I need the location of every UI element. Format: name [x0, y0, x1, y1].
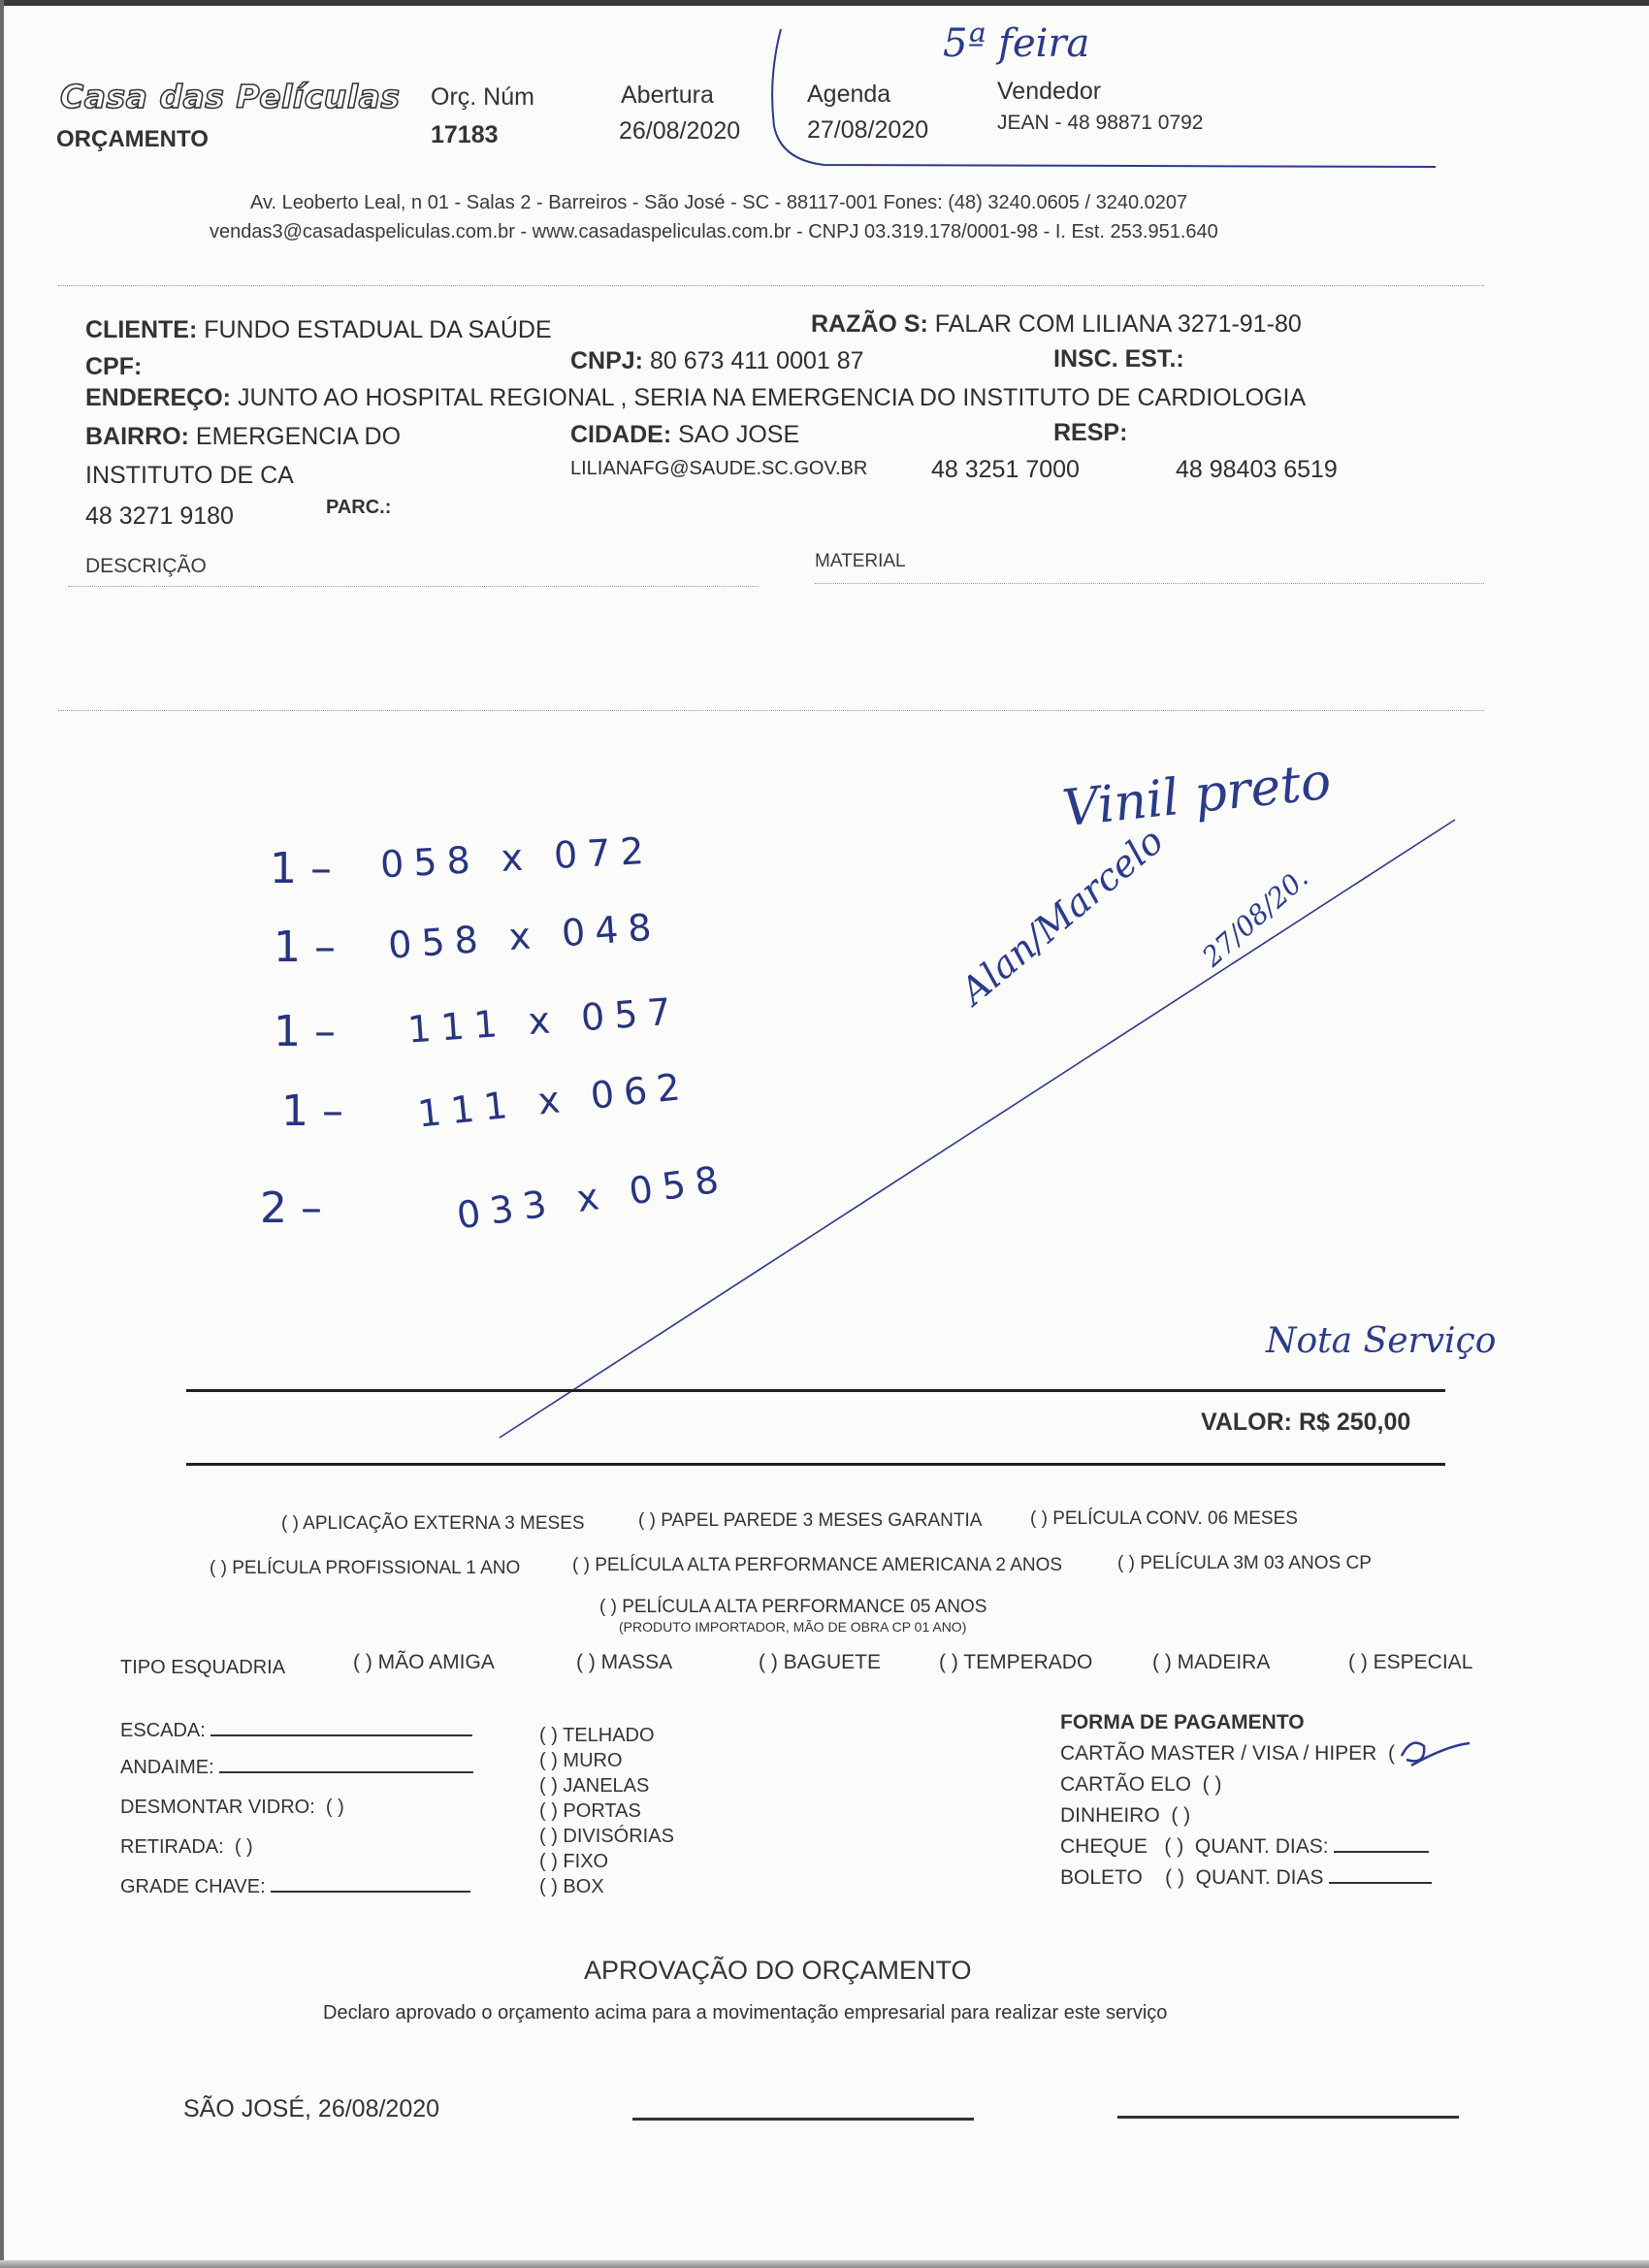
- endereco-field: ENDEREÇO: JUNTO AO HOSPITAL REGIONAL , S…: [85, 384, 1306, 412]
- warranty-option[interactable]: ( ) APLICAÇÃO EXTERNA 3 MESES: [281, 1513, 585, 1535]
- location-option[interactable]: ( ) JANELAS: [539, 1773, 674, 1798]
- client-email: LILIANAFG@SAUDE.SC.GOV.BR: [570, 458, 867, 480]
- company-signature-line[interactable]: [1117, 2116, 1459, 2119]
- doc-type: ORÇAMENTO: [56, 126, 209, 153]
- handwritten-item-qty: 1 –: [274, 1007, 336, 1056]
- handwritten-weekday: 5ª feira: [943, 21, 1089, 66]
- company-address: Av. Leoberto Leal, n 01 - Salas 2 - Barr…: [250, 192, 1187, 214]
- divider: [58, 710, 1484, 711]
- warranty-option[interactable]: ( ) PELÍCULA 3M 03 ANOS CP: [1117, 1553, 1372, 1574]
- boleto-dias-input[interactable]: [1329, 1882, 1432, 1884]
- company-contact: vendas3@casadaspeliculas.com.br - www.ca…: [210, 221, 1218, 243]
- parc-field: PARC.:: [326, 497, 391, 519]
- orc-num: 17183: [431, 121, 499, 149]
- scan-edge-top: [0, 0, 1649, 6]
- material-label: MATERIAL: [815, 551, 906, 572]
- razao-field: RAZÃO S: FALAR COM LILIANA 3271-91-80: [811, 310, 1302, 339]
- cliente-value: FUNDO ESTADUAL DA SAÚDE: [204, 316, 551, 343]
- esquadria-option[interactable]: ( ) MADEIRA: [1152, 1651, 1270, 1674]
- cliente-field: CLIENTE: FUNDO ESTADUAL DA SAÚDE: [85, 316, 552, 344]
- handwritten-item-qty: 2 –: [260, 1183, 322, 1233]
- location-option[interactable]: ( ) MURO: [539, 1748, 674, 1773]
- handwritten-item-size: 111 x 062: [415, 1064, 692, 1135]
- agenda-date: 27/08/2020: [807, 116, 928, 145]
- escada-field: ESCADA:: [120, 1720, 472, 1742]
- client-signature-line[interactable]: [632, 2118, 974, 2121]
- payment-section: FORMA DE PAGAMENTO CARTÃO MASTER / VISA …: [1060, 1707, 1432, 1894]
- handwritten-signature-date: 27/08/20.: [1196, 861, 1314, 973]
- vendedor-value: JEAN - 48 98871 0792: [997, 112, 1203, 135]
- desmontar-checkbox[interactable]: ( ): [326, 1797, 344, 1818]
- warranty-option[interactable]: ( ) PELÍCULA CONV. 06 MESES: [1030, 1508, 1298, 1530]
- warranty-option[interactable]: ( ) PELÍCULA ALTA PERFORMANCE 05 ANOS: [599, 1597, 986, 1618]
- retirada-checkbox[interactable]: ( ): [235, 1836, 253, 1858]
- payment-cheque[interactable]: CHEQUE ( ) QUANT. DIAS:: [1060, 1831, 1432, 1863]
- handwritten-item-qty: 1 –: [270, 844, 332, 893]
- client-phone-2: 48 98403 6519: [1176, 456, 1338, 484]
- payment-elo[interactable]: CARTÃO ELO ( ): [1060, 1769, 1432, 1800]
- cidade-value: SAO JOSE: [678, 421, 799, 448]
- escada-input[interactable]: [210, 1734, 472, 1736]
- handwritten-item-size: 033 x 058: [454, 1157, 730, 1238]
- agenda-label: Agenda: [807, 81, 890, 109]
- location-option[interactable]: ( ) DIVISÓRIAS: [539, 1824, 674, 1849]
- divider: [58, 285, 1484, 286]
- cpf-field: CPF:: [85, 353, 142, 381]
- handwritten-item-size: 058 x 072: [379, 829, 655, 887]
- handwritten-item-size: 058 x 048: [387, 905, 663, 967]
- valor-top-line: [186, 1389, 1445, 1392]
- vendedor-label: Vendedor: [997, 78, 1101, 106]
- bairro-value-line2: INSTITUTO DE CA: [85, 462, 294, 490]
- company-logo: Casa das Películas: [60, 78, 401, 115]
- material-line: [815, 583, 1484, 584]
- scan-edge-left: [0, 0, 4, 2268]
- location-checklist: ( ) TELHADO( ) MURO( ) JANELAS( ) PORTAS…: [539, 1723, 674, 1899]
- descricao-label: DESCRIÇÃO: [85, 555, 207, 578]
- warranty-option[interactable]: ( ) PELÍCULA ALTA PERFORMANCE AMERICANA …: [572, 1555, 1062, 1576]
- valor-bottom-line: [186, 1463, 1445, 1466]
- razao-value: FALAR COM LILIANA 3271-91-80: [935, 310, 1302, 338]
- abertura-label: Abertura: [621, 81, 714, 110]
- payment-dinheiro[interactable]: DINHEIRO ( ): [1060, 1800, 1432, 1831]
- client-phone-3: 48 3271 9180: [85, 502, 234, 531]
- bairro-field: BAIRRO: EMERGENCIA DO: [85, 423, 401, 451]
- grade-chave-input[interactable]: [271, 1891, 470, 1893]
- cidade-field: CIDADE: SAO JOSE: [570, 421, 799, 449]
- insc-est-field: INSC. EST.:: [1053, 345, 1184, 373]
- descricao-line: [68, 586, 759, 587]
- esquadria-option[interactable]: ( ) ESPECIAL: [1348, 1651, 1472, 1674]
- abertura-date: 26/08/2020: [619, 117, 740, 146]
- location-option[interactable]: ( ) BOX: [539, 1874, 674, 1899]
- esquadria-option[interactable]: ( ) MASSA: [576, 1651, 672, 1674]
- approval-title: APROVAÇÃO DO ORÇAMENTO: [584, 1956, 972, 1986]
- handwritten-nota-servico: Nota Serviço: [1266, 1321, 1496, 1361]
- esquadria-option[interactable]: ( ) BAGUETE: [759, 1651, 881, 1674]
- handwritten-material: Vinil preto: [1060, 753, 1334, 839]
- esquadria-option[interactable]: ( ) MÃO AMIGA: [353, 1651, 495, 1674]
- client-phone-1: 48 3251 7000: [931, 456, 1080, 484]
- andaime-input[interactable]: [219, 1771, 473, 1773]
- endereco-value: JUNTO AO HOSPITAL REGIONAL , SERIA NA EM…: [238, 384, 1306, 411]
- desmontar-field: DESMONTAR VIDRO: ( ): [120, 1797, 344, 1819]
- location-option[interactable]: ( ) TELHADO: [539, 1723, 674, 1748]
- bairro-value: EMERGENCIA DO: [196, 423, 401, 450]
- handwritten-item-qty: 1 –: [281, 1086, 343, 1136]
- handwritten-item-qty: 1 –: [274, 923, 336, 972]
- warranty-option-note: (PRODUTO IMPORTADOR, MÃO DE OBRA CP 01 A…: [619, 1619, 966, 1635]
- payment-master[interactable]: CARTÃO MASTER / VISA / HIPER (: [1060, 1738, 1432, 1769]
- warranty-option[interactable]: ( ) PELÍCULA PROFISSIONAL 1 ANO: [210, 1558, 520, 1579]
- location-option[interactable]: ( ) PORTAS: [539, 1798, 674, 1824]
- warranty-option[interactable]: ( ) PAPEL PAREDE 3 MESES GARANTIA: [638, 1510, 982, 1532]
- cheque-dias-input[interactable]: [1334, 1851, 1429, 1853]
- scan-edge-bottom: [0, 2260, 1649, 2268]
- andaime-field: ANDAIME:: [120, 1757, 473, 1779]
- resp-field: RESP:: [1053, 419, 1127, 447]
- cnpj-field: CNPJ: 80 673 411 0001 87: [570, 347, 864, 375]
- valor-amount: R$ 250,00: [1299, 1409, 1410, 1436]
- orc-num-label: Orç. Núm: [431, 83, 534, 112]
- approval-place-date: SÃO JOSÉ, 26/08/2020: [183, 2095, 439, 2123]
- esquadria-label: TIPO ESQUADRIA: [120, 1657, 285, 1679]
- location-option[interactable]: ( ) FIXO: [539, 1849, 674, 1874]
- esquadria-option[interactable]: ( ) TEMPERADO: [939, 1651, 1092, 1674]
- payment-boleto[interactable]: BOLETO ( ) QUANT. DIAS: [1060, 1863, 1432, 1894]
- grade-chave-field: GRADE CHAVE:: [120, 1876, 470, 1898]
- handwritten-signature: Alan/Marcelo: [953, 819, 1172, 1013]
- cnpj-value: 80 673 411 0001 87: [650, 347, 864, 374]
- approval-declaration: Declaro aprovado o orçamento acima para …: [323, 2002, 1167, 2025]
- retirada-field: RETIRADA: ( ): [120, 1836, 253, 1859]
- handwritten-item-size: 111 x 057: [406, 989, 682, 1052]
- valor-field: VALOR: R$ 250,00: [1201, 1409, 1410, 1437]
- payment-title: FORMA DE PAGAMENTO: [1060, 1707, 1432, 1738]
